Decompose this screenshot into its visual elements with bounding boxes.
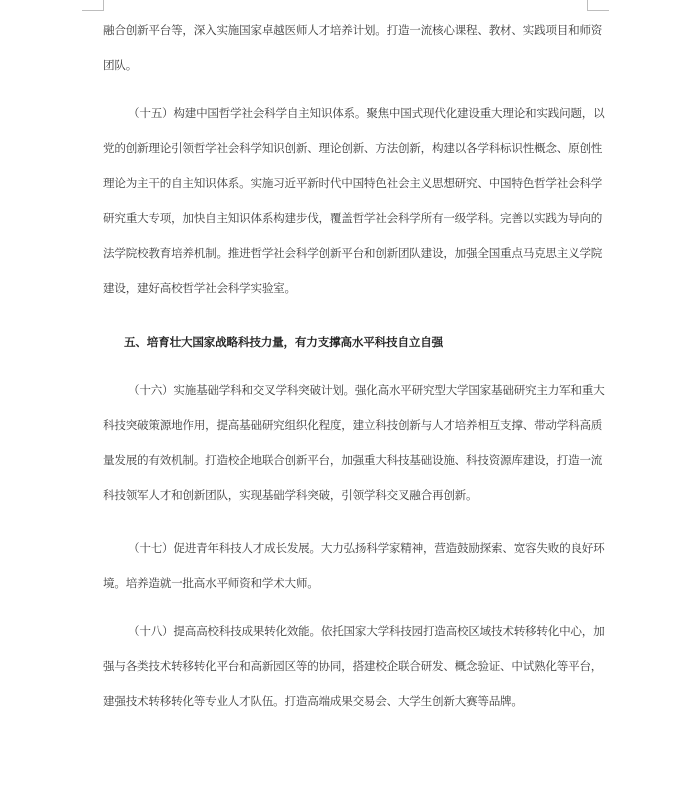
- text-line: 团队。: [103, 57, 589, 73]
- text-line: 融合创新平台等，深入实施国家卓越医师人才培养计划。打造一流核心课程、教材、实践项…: [103, 22, 589, 38]
- text-line: 科技突破策源地作用，提高基础研究组织化程度，建立科技创新与人才培养相互支撑、带动…: [103, 417, 589, 433]
- text-line: 量发展的有效机制。打造校企地联合创新平台，加强重大科技基础设施、科技资源库建设，…: [103, 452, 589, 468]
- text-line: 强与各类技术转移转化平台和高新园区等的协同，搭建校企联合研发、概念验证、中试熟化…: [103, 658, 589, 674]
- section-heading: 五、培育壮大国家战略科技力量，有力支撑高水平科技自立自强: [124, 334, 443, 350]
- paragraph-17-first-line: （十七）促进青年科技人才成长发展。大力弘扬科学家精神，营造鼓励探索、宽容失败的良…: [128, 540, 589, 556]
- text-line: 理论为主干的自主知识体系。实施习近平新时代中国特色社会主义思想研究、中国特色哲学…: [103, 175, 589, 191]
- text-line: 党的创新理论引领哲学社会科学知识创新、理论创新、方法创新，构建以各学科标识性概念…: [103, 140, 589, 156]
- paragraph-18-first-line: （十八）提高高校科技成果转化效能。依托国家大学科技园打造高校区域技术转移转化中心…: [128, 623, 589, 639]
- text-line: 建强技术转移转化等专业人才队伍。打造高端成果交易会、大学生创新大赛等品牌。: [103, 693, 589, 709]
- margin-corner-mark-top-right: [587, 0, 609, 11]
- text-line: 建设，建好高校哲学社会科学实验室。: [103, 280, 589, 296]
- text-line: 研究重大专项，加快自主知识体系构建步伐，覆盖哲学社会科学所有一级学科。完善以实践…: [103, 210, 589, 226]
- text-line: 科技领军人才和创新团队，实现基础学科突破，引领学科交叉融合再创新。: [103, 487, 589, 503]
- paragraph-15-first-line: （十五）构建中国哲学社会科学自主知识体系。聚焦中国式现代化建设重大理论和实践问题…: [128, 105, 589, 121]
- margin-corner-mark-top-left: [82, 0, 104, 11]
- text-line: 法学院校教育培养机制。推进哲学社会科学创新平台和创新团队建设，加强全国重点马克思…: [103, 245, 589, 261]
- paragraph-16-first-line: （十六）实施基础学科和交叉学科突破计划。强化高水平研究型大学国家基础研究主力军和…: [128, 382, 589, 398]
- text-line: 境。培养造就一批高水平师资和学术大师。: [103, 575, 589, 591]
